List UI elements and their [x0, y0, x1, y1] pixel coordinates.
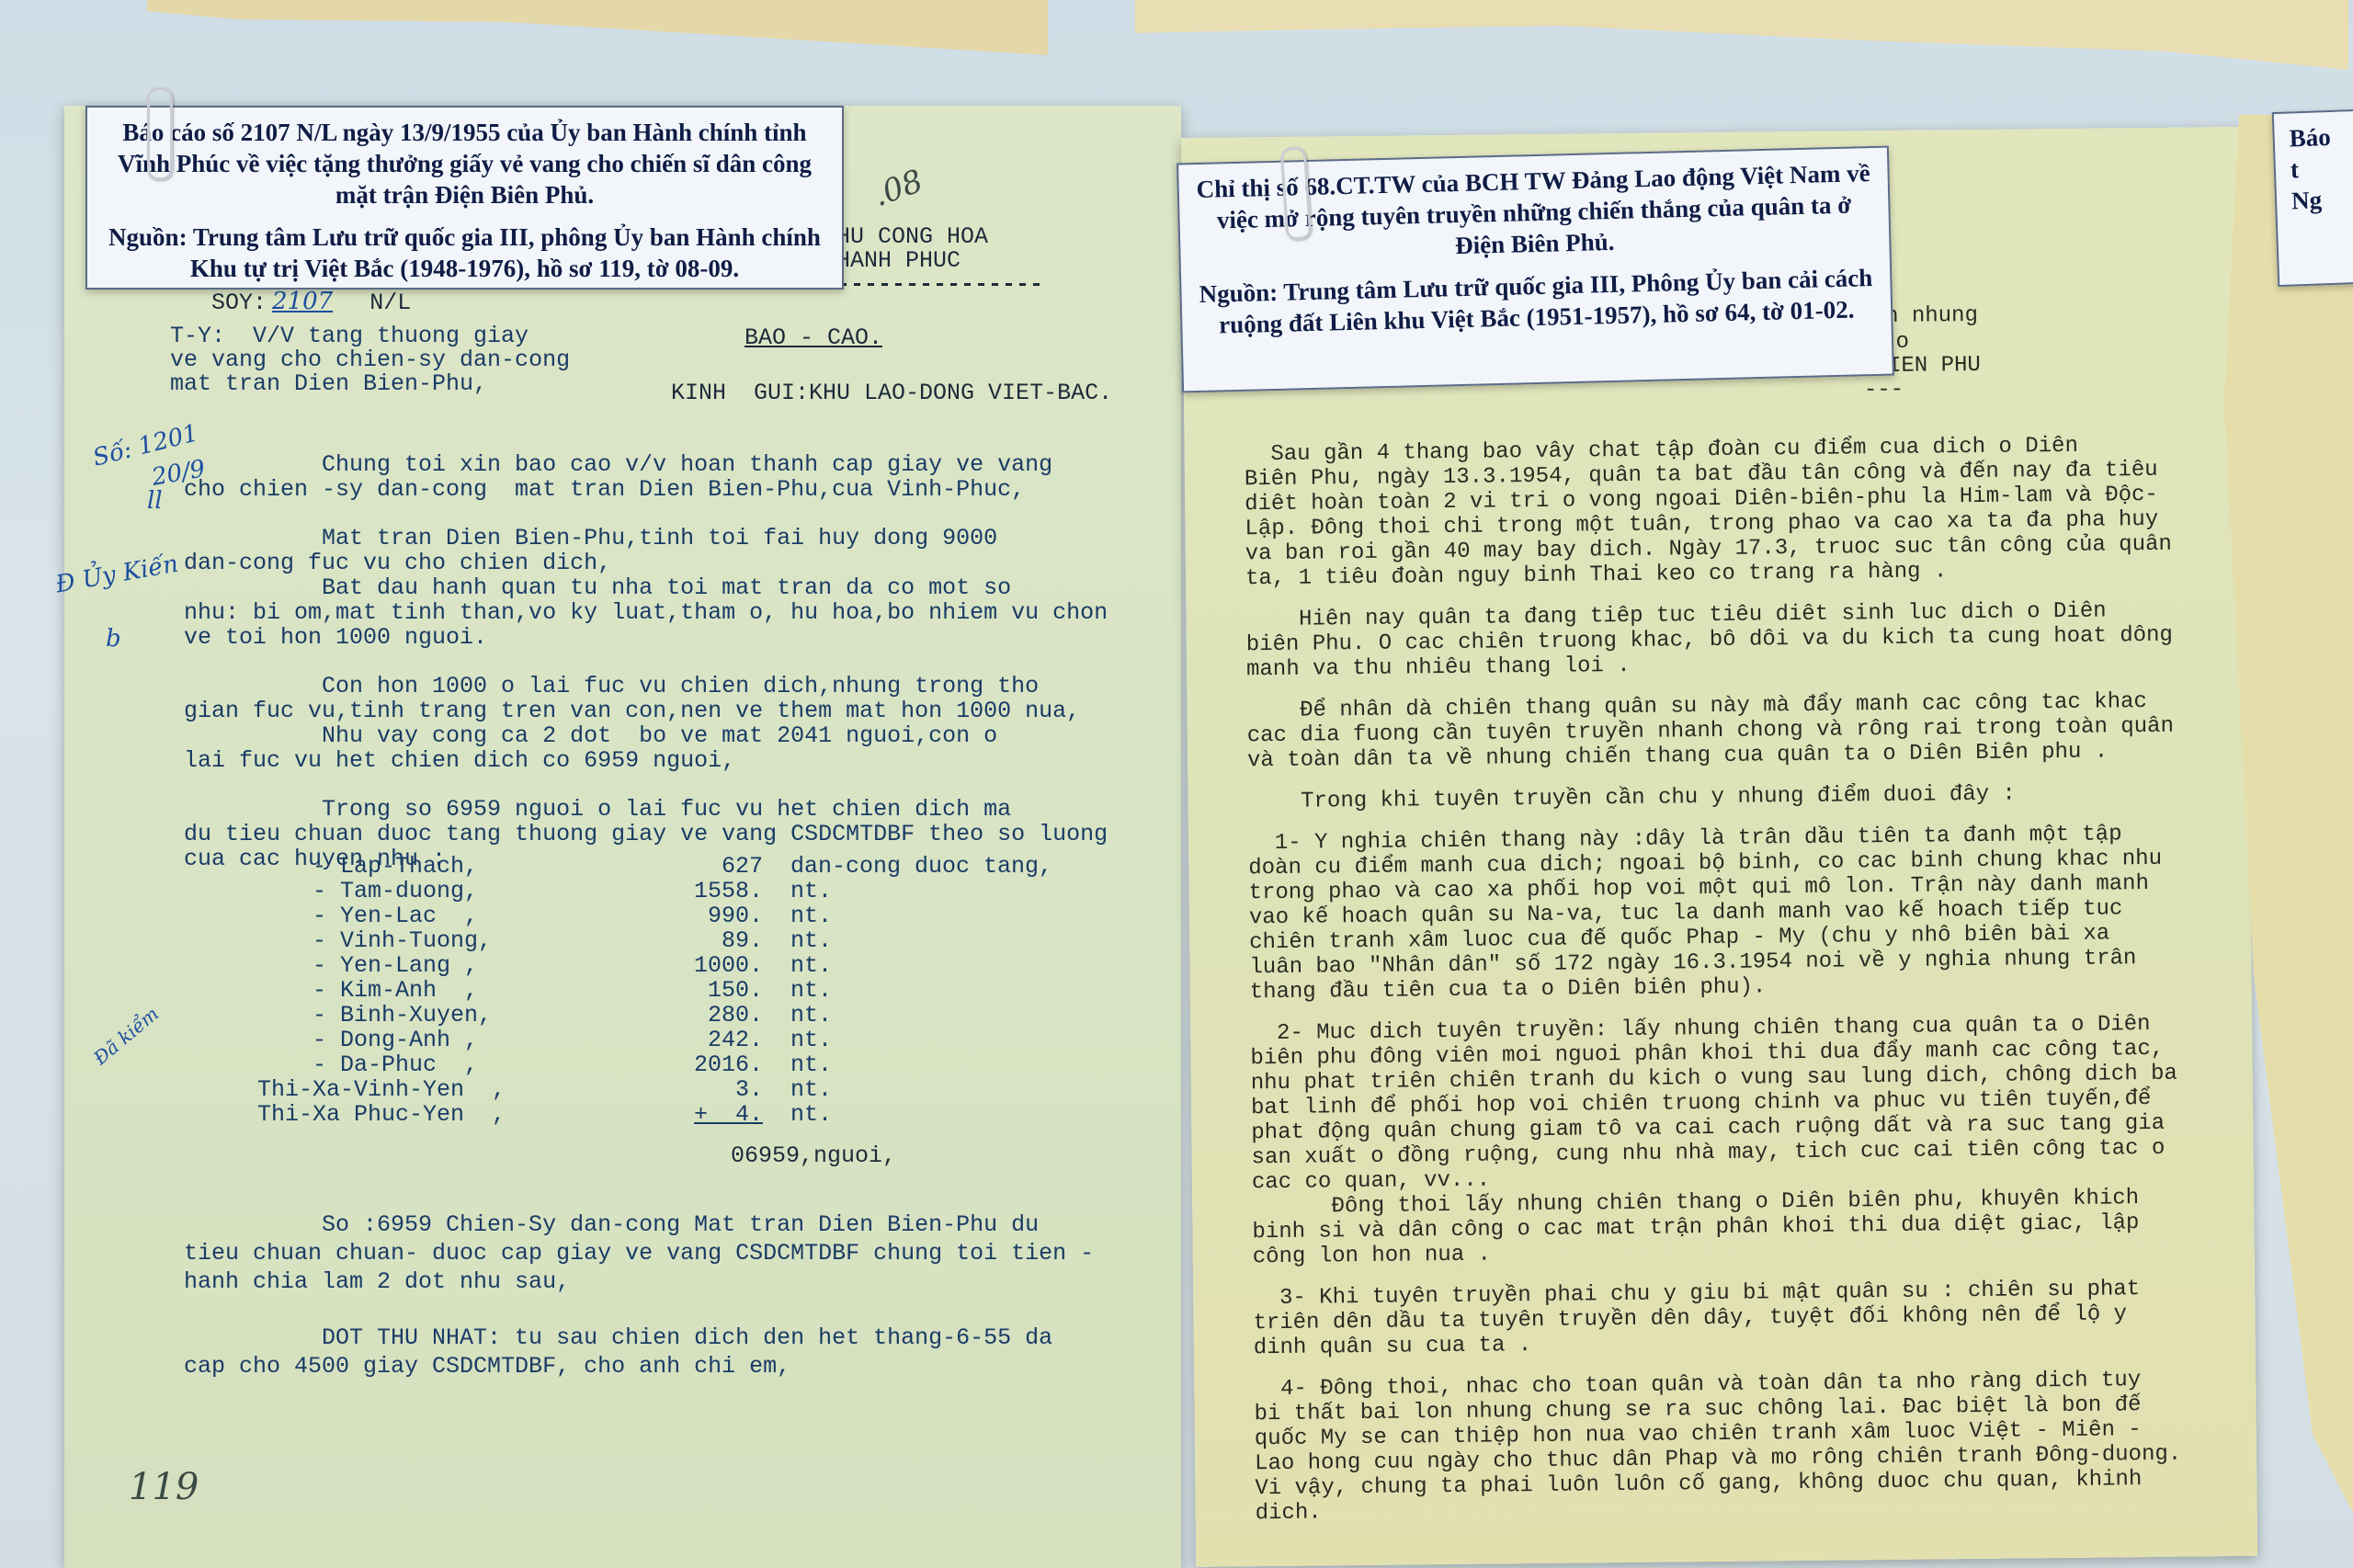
- table-row: Thi-Xa-Vinh-Yen ,3. nt.: [257, 1078, 832, 1102]
- typed-line: Trong khi tuyên truyền cần chu y nhung đ…: [1247, 783, 2016, 815]
- district-name: - Yen-Lac ,: [257, 904, 643, 928]
- background-document-top-left: [147, 0, 1048, 55]
- district-name: - Kim-Anh ,: [257, 979, 643, 1003]
- typed-line: tieu chuan chuan- duoc cap giay ve vang …: [184, 1242, 1094, 1266]
- table-row: - Vinh-Tuong,89. nt.: [257, 929, 832, 953]
- typed-line: So :6959 Chien-Sy dan-cong Mat tran Dien…: [184, 1213, 1039, 1237]
- typed-line: gian fuc vu,tinh trang tren van con,nen …: [184, 699, 1080, 723]
- note-value: nt.: [763, 977, 832, 1004]
- table-row: - Tam-duong,1558. nt.: [257, 880, 832, 903]
- subject-line-1: T-Y: V/V tang thuong giay: [170, 324, 529, 348]
- district-name: - Binh-Xuyen,: [257, 1004, 643, 1028]
- district-name: - Dong-Anh ,: [257, 1028, 643, 1052]
- header-line-1: HU CONG HOA: [836, 225, 988, 249]
- district-name: - Yen-Lang ,: [257, 954, 643, 978]
- addressee: KINH GUI:KHU LAO-DONG VIET-BAC.: [671, 381, 1112, 405]
- typed-line: manh va thu nhiêu thang loi .: [1246, 654, 1631, 682]
- typed-line: Trong so 6959 nguoi o lai fuc vu het chi…: [184, 798, 1011, 822]
- margin-note-initials: ll: [147, 487, 163, 515]
- caption-left-source: Nguồn: Trung tâm Lưu trữ quốc gia III, p…: [102, 222, 827, 284]
- count-value: + 4.: [643, 1103, 763, 1127]
- caption-far-right-partial: Báo t Ng: [2272, 108, 2353, 287]
- typed-line: công lon hon nua .: [1253, 1244, 1492, 1270]
- typed-line: Mat tran Dien Bien-Phu,tinh toi fai huy …: [184, 527, 997, 551]
- count-value: 280.: [643, 1004, 763, 1028]
- paperclip-icon: [147, 87, 173, 180]
- typed-line: Con hon 1000 o lai fuc vu chien dich,nhu…: [184, 675, 1039, 699]
- typed-line: Nhu vay cong ca 2 dot bo ve mat 2041 ngu…: [184, 724, 997, 748]
- page-number-mark: .08: [869, 163, 927, 214]
- note-value: nt.: [763, 927, 832, 954]
- note-value: nt.: [763, 1051, 832, 1078]
- table-row: - Lap-Thach,627 dan-cong duoc tang,: [257, 855, 1052, 879]
- typed-line: dich.: [1256, 1501, 1322, 1526]
- note-value: nt.: [763, 903, 832, 929]
- typed-line: DOT THU NHAT: tu sau chien dich den het …: [184, 1326, 1052, 1350]
- margin-note-comment: Đ Ủy Kiến: [53, 551, 180, 599]
- background-document-top-right: [1135, 0, 2348, 74]
- directive-paragraphs: Sau gần 4 thang bao vây chat tập đoàn cu…: [1181, 127, 2243, 138]
- document-title: BAO - CAO.: [745, 326, 882, 350]
- caption-left-title: Báo cáo số 2107 N/L ngày 13/9/1955 của Ủ…: [102, 117, 827, 210]
- typed-line: thang đầu tiên cua ta o Diên biên phu).: [1250, 975, 1767, 1005]
- caption-far-right-line-3: Ng: [2291, 183, 2353, 217]
- typed-line: Chung toi xin bao cao v/v hoan thanh cap…: [184, 453, 1052, 477]
- typed-line: lai fuc vu het chien dich co 6959 nguoi,: [184, 749, 735, 773]
- ref-label: SOY:: [211, 290, 267, 316]
- caption-far-right-line-2: t: [2290, 152, 2353, 186]
- caption-left-document: Báo cáo số 2107 N/L ngày 13/9/1955 của Ủ…: [85, 106, 844, 290]
- typed-line: cho chien -sy dan-cong mat tran Dien Bie…: [184, 478, 1025, 502]
- table-row: - Yen-Lac ,990. nt.: [257, 904, 832, 928]
- subject-line-2: ve vang cho chien-sy dan-cong: [170, 348, 570, 372]
- note-value: nt.: [763, 1076, 832, 1103]
- count-value: 150.: [643, 979, 763, 1003]
- ref-suffix: N/L: [369, 290, 411, 316]
- count-value: 627: [643, 855, 763, 879]
- typed-line: dinh quân su cua ta .: [1254, 1334, 1532, 1360]
- note-value: nt.: [763, 878, 832, 904]
- table-row: - Kim-Anh ,150. nt.: [257, 979, 832, 1003]
- typed-line: cap cho 4500 giay CSDCMTDBF, cho anh chi…: [184, 1355, 790, 1379]
- table-row: Thi-Xa Phuc-Yen ,+ 4. nt.: [257, 1103, 832, 1127]
- district-name: Thi-Xa Phuc-Yen ,: [257, 1103, 643, 1127]
- count-value: 990.: [643, 904, 763, 928]
- district-total: 06959,nguoi,: [731, 1144, 896, 1168]
- folio-mark: 119: [129, 1466, 199, 1508]
- header-partial-4: ---: [1864, 379, 1904, 403]
- district-name: - Lap-Thach,: [257, 855, 643, 879]
- typed-line: Bat dau hanh quan tu nha toi mat tran da…: [184, 576, 1011, 600]
- district-name: Thi-Xa-Vinh-Yen ,: [257, 1078, 643, 1102]
- margin-note-mark: b: [106, 625, 121, 653]
- table-row: - Binh-Xuyen,280. nt.: [257, 1004, 832, 1028]
- table-row: - Dong-Anh ,242. nt.: [257, 1028, 832, 1052]
- district-name: - Vinh-Tuong,: [257, 929, 643, 953]
- count-value: 89.: [643, 929, 763, 953]
- note-value: nt.: [763, 952, 832, 979]
- note-value: dan-cong duoc tang,: [763, 853, 1052, 880]
- district-name: - Tam-duong,: [257, 880, 643, 903]
- archival-document-left: .08 HU CONG HOA HANH PHUC --------------…: [64, 106, 1181, 1568]
- count-value: 2016.: [643, 1053, 763, 1077]
- typed-line: cac co quan, vv...: [1252, 1169, 1491, 1196]
- reference-number: SOY:2107N/L: [211, 290, 411, 315]
- table-row: - Yen-Lang ,1000. nt.: [257, 954, 832, 978]
- caption-far-right-line-1: Báo: [2289, 120, 2353, 154]
- note-value: nt.: [763, 1002, 832, 1028]
- district-name: - Da-Phuc ,: [257, 1053, 643, 1077]
- count-value: 3.: [643, 1078, 763, 1102]
- count-value: 1558.: [643, 880, 763, 903]
- count-value: 242.: [643, 1028, 763, 1052]
- ref-handwritten: 2107: [267, 288, 369, 315]
- typed-line: ve toi hon 1000 nguoi.: [184, 626, 487, 650]
- caption-right-source: Nguồn: Trung tâm Lưu trữ quốc gia III, P…: [1196, 262, 1876, 341]
- typed-line: du tieu chuan duoc tang thuong giay ve v…: [184, 823, 1108, 846]
- typed-line: nhu: bi om,mat tinh than,vo ky luat,tham…: [184, 601, 1108, 625]
- count-value: 1000.: [643, 954, 763, 978]
- typed-line: hanh chia lam 2 dot nhu sau,: [184, 1270, 570, 1294]
- margin-note-verified: Đã kiểm: [89, 1003, 163, 1070]
- subject-line-3: mat tran Dien Bien-Phu,: [170, 372, 487, 396]
- note-value: nt.: [763, 1101, 832, 1128]
- header-rule: ---------------: [836, 273, 1043, 297]
- typed-line: ta, 1 tiêu đoàn nguy binh Thai keo co tr…: [1245, 560, 1948, 591]
- table-row: - Da-Phuc ,2016. nt.: [257, 1053, 832, 1077]
- header-line-2: HANH PHUC: [836, 249, 961, 273]
- note-value: nt.: [763, 1027, 832, 1053]
- typed-line: dan-cong fuc vu cho chien dich,: [184, 551, 611, 575]
